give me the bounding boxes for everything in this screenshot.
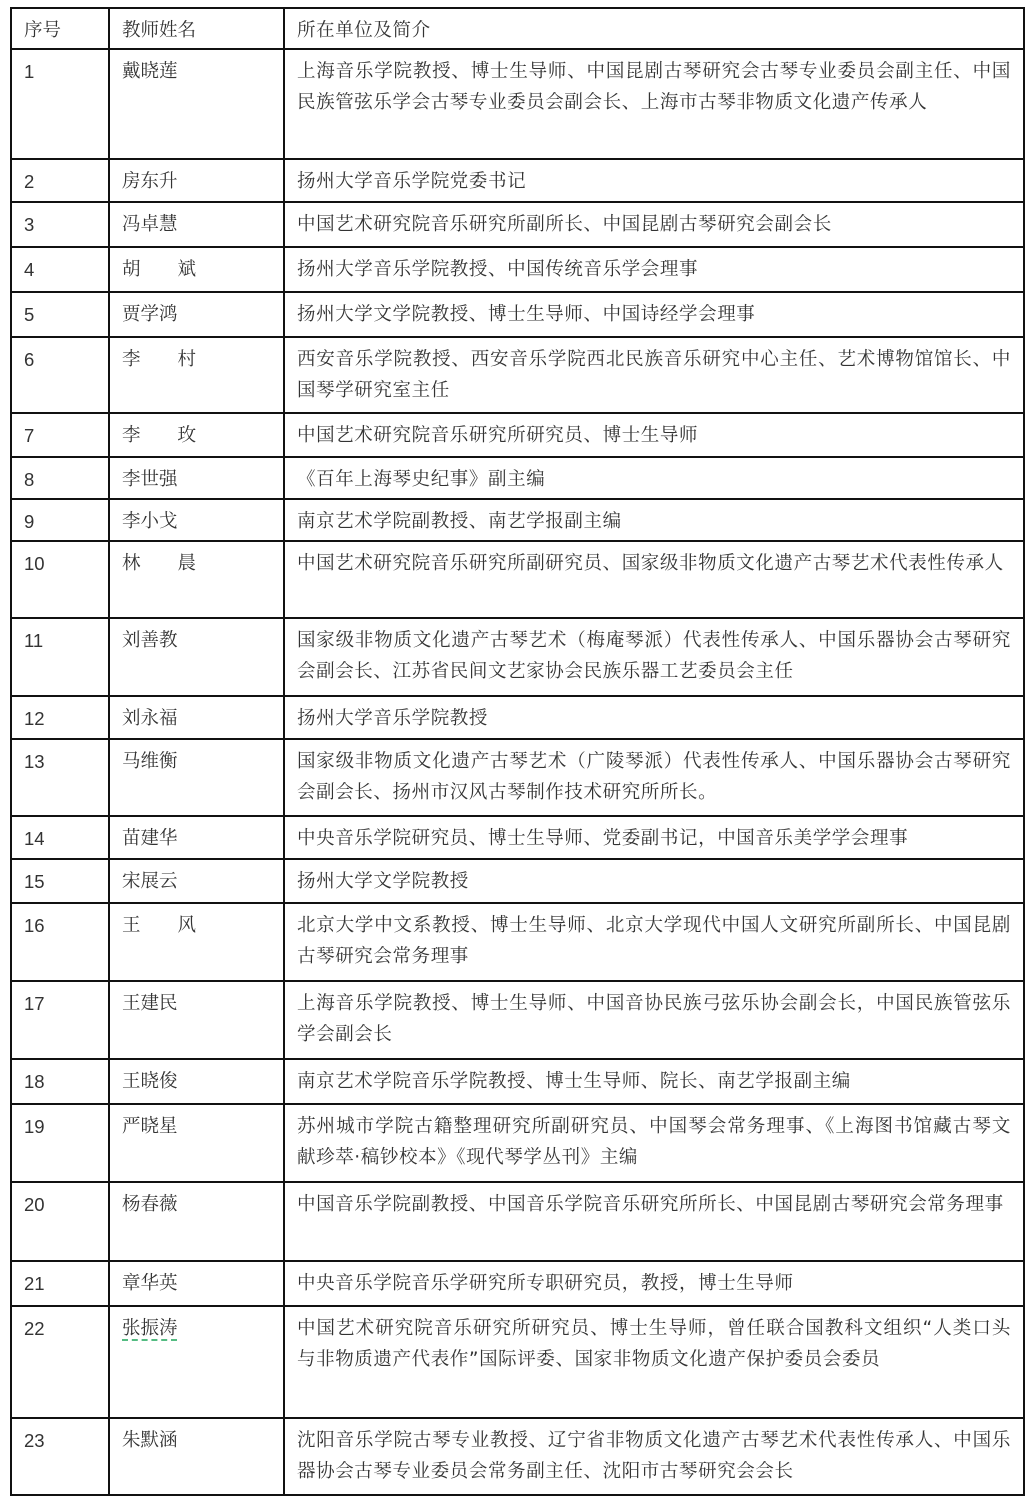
table-row: 19 严晓星 苏州城市学院古籍整理研究所副研究员、中国琴会常务理事、《上海图书馆…	[11, 1104, 1024, 1182]
teacher-roster-table: 序号 教师姓名 所在单位及简介 1 戴晓莲 上海音乐学院教授、博士生导师、中国昆…	[10, 7, 1025, 1496]
teacher-name: 张振涛	[109, 1306, 284, 1418]
teacher-name: 李小戈	[109, 499, 284, 541]
teacher-name-spellcheck-flagged: 张振涛	[122, 1318, 178, 1339]
teacher-name: 贾学鸿	[109, 292, 284, 337]
row-index: 1	[11, 49, 109, 159]
teacher-name: 房东升	[109, 159, 284, 202]
teacher-description: 中国艺术研究院音乐研究所副所长、中国昆剧古琴研究会副会长	[284, 202, 1024, 247]
row-index: 15	[11, 859, 109, 903]
teacher-description: 中央音乐学院音乐学研究所专职研究员，教授，博士生导师	[284, 1261, 1024, 1306]
table-row: 9 李小戈 南京艺术学院副教授、南艺学报副主编	[11, 499, 1024, 541]
teacher-name: 朱默涵	[109, 1418, 284, 1495]
row-index: 21	[11, 1261, 109, 1306]
row-index: 11	[11, 618, 109, 696]
teacher-name: 王 风	[109, 903, 284, 981]
table-row: 11 刘善教 国家级非物质文化遗产古琴艺术（梅庵琴派）代表性传承人、中国乐器协会…	[11, 618, 1024, 696]
teacher-description: 南京艺术学院音乐学院教授、博士生导师、院长、南艺学报副主编	[284, 1059, 1024, 1104]
table-header-row: 序号 教师姓名 所在单位及简介	[11, 8, 1024, 49]
teacher-description: 北京大学中文系教授、博士生导师、北京大学现代中国人文研究所副所长、中国昆剧古琴研…	[284, 903, 1024, 981]
teacher-description: 中国音乐学院副教授、中国音乐学院音乐研究所所长、中国昆剧古琴研究会常务理事	[284, 1182, 1024, 1261]
row-index: 18	[11, 1059, 109, 1104]
teacher-description: 中国艺术研究院音乐研究所副研究员、国家级非物质文化遗产古琴艺术代表性传承人	[284, 541, 1024, 618]
table-row: 8 李世强 《百年上海琴史纪事》副主编	[11, 457, 1024, 499]
teacher-name: 王建民	[109, 981, 284, 1059]
teacher-description: 国家级非物质文化遗产古琴艺术（广陵琴派）代表性传承人、中国乐器协会古琴研究会副会…	[284, 739, 1024, 816]
row-index: 2	[11, 159, 109, 202]
header-name: 教师姓名	[109, 8, 284, 49]
header-description: 所在单位及简介	[284, 8, 1024, 49]
row-index: 12	[11, 696, 109, 739]
teacher-name: 李 玫	[109, 413, 284, 457]
teacher-description: 上海音乐学院教授、博士生导师、中国昆剧古琴研究会古琴专业委员会副主任、中国民族管…	[284, 49, 1024, 159]
row-index: 7	[11, 413, 109, 457]
table-row: 16 王 风 北京大学中文系教授、博士生导师、北京大学现代中国人文研究所副所长、…	[11, 903, 1024, 981]
table-row: 17 王建民 上海音乐学院教授、博士生导师、中国音协民族弓弦乐协会副会长，中国民…	[11, 981, 1024, 1059]
row-index: 5	[11, 292, 109, 337]
table-row: 14 苗建华 中央音乐学院研究员、博士生导师、党委副书记，中国音乐美学学会理事	[11, 816, 1024, 859]
teacher-name: 严晓星	[109, 1104, 284, 1182]
row-index: 9	[11, 499, 109, 541]
row-index: 13	[11, 739, 109, 816]
table-row: 6 李 村 西安音乐学院教授、西安音乐学院西北民族音乐研究中心主任、艺术博物馆馆…	[11, 337, 1024, 413]
teacher-description: 扬州大学文学院教授	[284, 859, 1024, 903]
table-row: 1 戴晓莲 上海音乐学院教授、博士生导师、中国昆剧古琴研究会古琴专业委员会副主任…	[11, 49, 1024, 159]
row-index: 10	[11, 541, 109, 618]
row-index: 6	[11, 337, 109, 413]
teacher-name: 杨春薇	[109, 1182, 284, 1261]
table-row: 15 宋展云 扬州大学文学院教授	[11, 859, 1024, 903]
teacher-name: 章华英	[109, 1261, 284, 1306]
teacher-description: 中央音乐学院研究员、博士生导师、党委副书记，中国音乐美学学会理事	[284, 816, 1024, 859]
teacher-name: 李世强	[109, 457, 284, 499]
teacher-name: 刘永福	[109, 696, 284, 739]
teacher-name: 王晓俊	[109, 1059, 284, 1104]
teacher-name: 冯卓慧	[109, 202, 284, 247]
table-row: 20 杨春薇 中国音乐学院副教授、中国音乐学院音乐研究所所长、中国昆剧古琴研究会…	[11, 1182, 1024, 1261]
teacher-description: 上海音乐学院教授、博士生导师、中国音协民族弓弦乐协会副会长，中国民族管弦乐学会副…	[284, 981, 1024, 1059]
teacher-name: 戴晓莲	[109, 49, 284, 159]
teacher-description: 苏州城市学院古籍整理研究所副研究员、中国琴会常务理事、《上海图书馆藏古琴文献珍萃…	[284, 1104, 1024, 1182]
table-row: 2 房东升 扬州大学音乐学院党委书记	[11, 159, 1024, 202]
teacher-description: 西安音乐学院教授、西安音乐学院西北民族音乐研究中心主任、艺术博物馆馆长、中国琴学…	[284, 337, 1024, 413]
teacher-description: 扬州大学音乐学院党委书记	[284, 159, 1024, 202]
row-index: 20	[11, 1182, 109, 1261]
teacher-description: 南京艺术学院副教授、南艺学报副主编	[284, 499, 1024, 541]
table-row: 21 章华英 中央音乐学院音乐学研究所专职研究员，教授，博士生导师	[11, 1261, 1024, 1306]
teacher-name: 胡 斌	[109, 247, 284, 292]
row-index: 16	[11, 903, 109, 981]
table-row: 7 李 玫 中国艺术研究院音乐研究所研究员、博士生导师	[11, 413, 1024, 457]
table-row: 4 胡 斌 扬州大学音乐学院教授、中国传统音乐学会理事	[11, 247, 1024, 292]
table-row: 22 张振涛 中国艺术研究院音乐研究所研究员、博士生导师，曾任联合国教科文组织“…	[11, 1306, 1024, 1418]
row-index: 4	[11, 247, 109, 292]
row-index: 22	[11, 1306, 109, 1418]
row-index: 14	[11, 816, 109, 859]
table-row: 23 朱默涵 沈阳音乐学院古琴专业教授、辽宁省非物质文化遗产古琴艺术代表性传承人…	[11, 1418, 1024, 1495]
teacher-name: 苗建华	[109, 816, 284, 859]
teacher-name: 林 晨	[109, 541, 284, 618]
table-row: 13 马维衡 国家级非物质文化遗产古琴艺术（广陵琴派）代表性传承人、中国乐器协会…	[11, 739, 1024, 816]
teacher-description: 中国艺术研究院音乐研究所研究员、博士生导师	[284, 413, 1024, 457]
table-row: 5 贾学鸿 扬州大学文学院教授、博士生导师、中国诗经学会理事	[11, 292, 1024, 337]
teacher-description: 国家级非物质文化遗产古琴艺术（梅庵琴派）代表性传承人、中国乐器协会古琴研究会副会…	[284, 618, 1024, 696]
teacher-description: 《百年上海琴史纪事》副主编	[284, 457, 1024, 499]
teacher-description: 扬州大学音乐学院教授	[284, 696, 1024, 739]
table-row: 10 林 晨 中国艺术研究院音乐研究所副研究员、国家级非物质文化遗产古琴艺术代表…	[11, 541, 1024, 618]
teacher-name: 宋展云	[109, 859, 284, 903]
teacher-name: 李 村	[109, 337, 284, 413]
row-index: 17	[11, 981, 109, 1059]
table-row: 18 王晓俊 南京艺术学院音乐学院教授、博士生导师、院长、南艺学报副主编	[11, 1059, 1024, 1104]
row-index: 23	[11, 1418, 109, 1495]
header-index: 序号	[11, 8, 109, 49]
row-index: 8	[11, 457, 109, 499]
teacher-description: 扬州大学文学院教授、博士生导师、中国诗经学会理事	[284, 292, 1024, 337]
row-index: 3	[11, 202, 109, 247]
table-row: 3 冯卓慧 中国艺术研究院音乐研究所副所长、中国昆剧古琴研究会副会长	[11, 202, 1024, 247]
teacher-name: 刘善教	[109, 618, 284, 696]
teacher-description: 沈阳音乐学院古琴专业教授、辽宁省非物质文化遗产古琴艺术代表性传承人、中国乐器协会…	[284, 1418, 1024, 1495]
row-index: 19	[11, 1104, 109, 1182]
teacher-name: 马维衡	[109, 739, 284, 816]
teacher-description: 中国艺术研究院音乐研究所研究员、博士生导师，曾任联合国教科文组织“人类口头与非物…	[284, 1306, 1024, 1418]
teacher-description: 扬州大学音乐学院教授、中国传统音乐学会理事	[284, 247, 1024, 292]
table-row: 12 刘永福 扬州大学音乐学院教授	[11, 696, 1024, 739]
